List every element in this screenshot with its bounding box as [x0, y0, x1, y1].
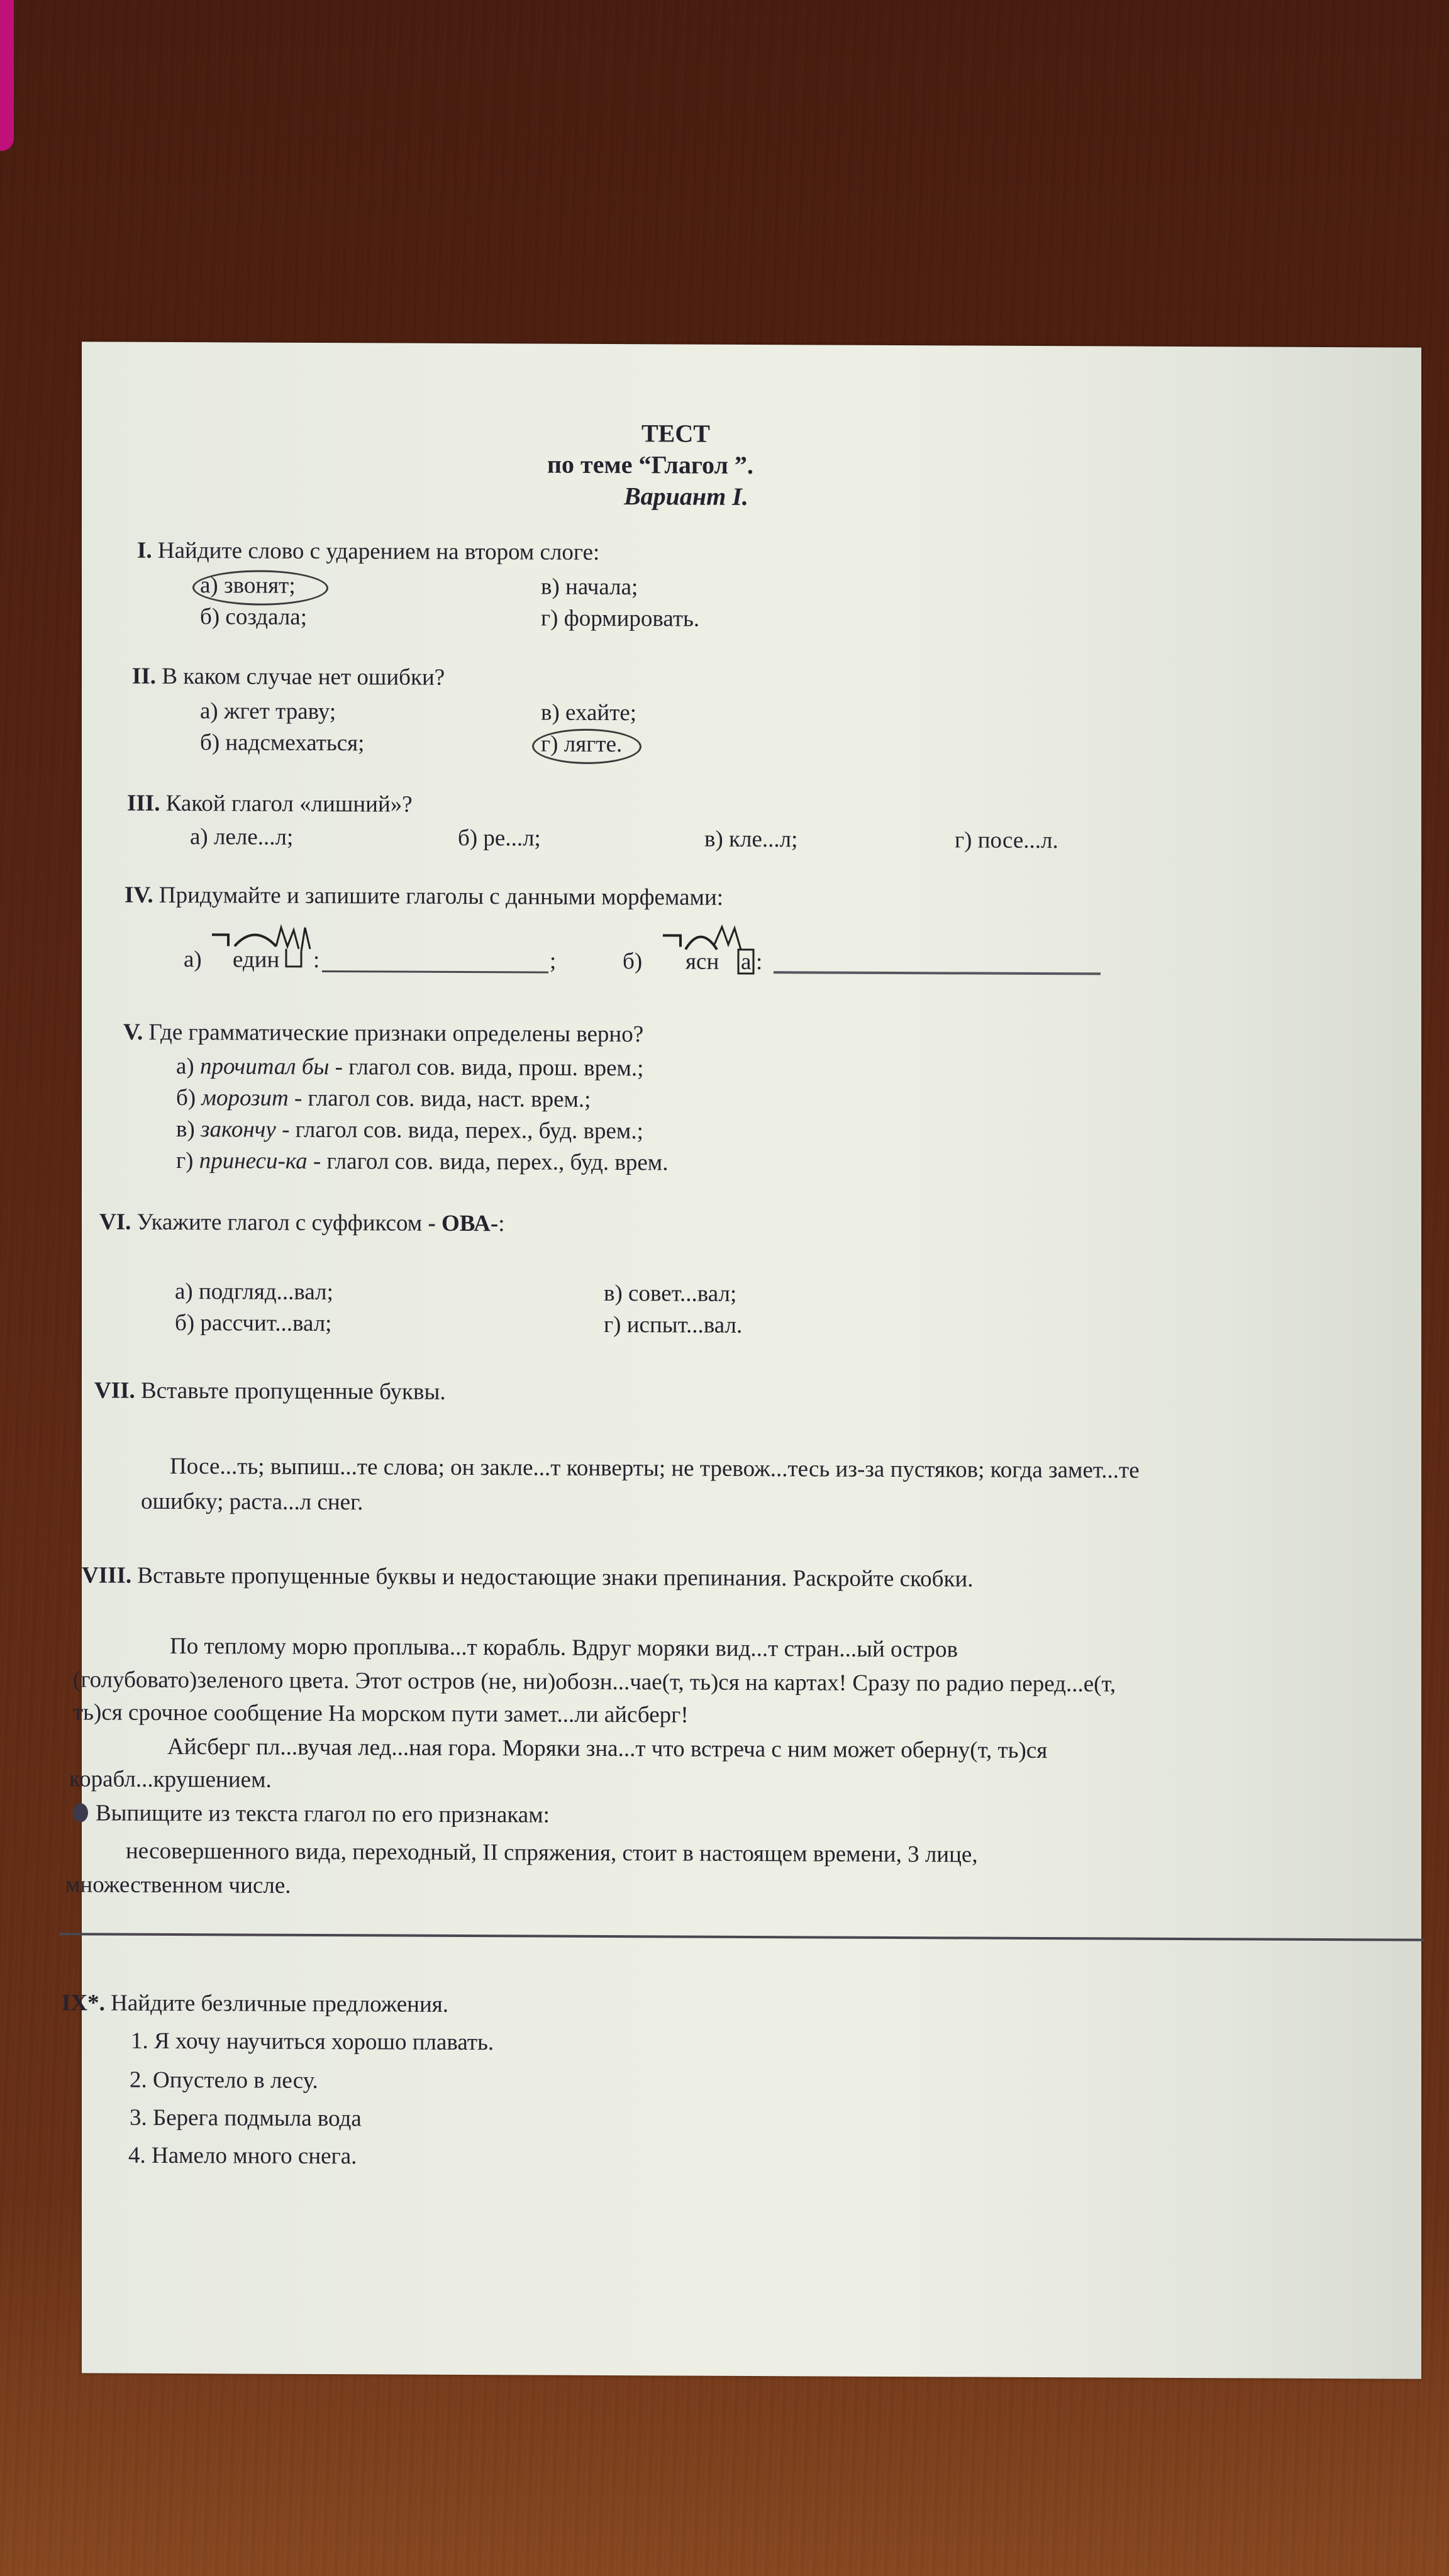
question-9: IX*. Найдите безличные предложения. — [62, 1989, 448, 2018]
q2-option-b[interactable]: б) надсмехаться; — [200, 729, 364, 757]
answer-line-a[interactable] — [322, 970, 548, 974]
question-number: VI. — [99, 1209, 131, 1235]
question-7: VII. Вставьте пропущенные буквы. — [94, 1377, 446, 1405]
question-number: VII. — [94, 1377, 135, 1403]
question-3: III. Какой глагол «лишний»? — [127, 790, 413, 818]
q1-option-v[interactable]: в) начала; — [541, 574, 638, 601]
option-text: - глагол сов. вида, перех., буд. врем.; — [276, 1117, 643, 1145]
question-text: Где грамматические признаки определены в… — [148, 1019, 643, 1047]
q9-item-4[interactable]: 4. Намело много снега. — [128, 2142, 357, 2170]
q7-text-line-2: ошибку; раста...л снег. — [141, 1488, 363, 1516]
q4-colon-b: : — [756, 948, 762, 975]
q8-task-line-2: множественном числе. — [65, 1871, 291, 1899]
q3-option-b[interactable]: б) ре...л; — [458, 824, 541, 852]
option-word: закончу — [201, 1116, 276, 1143]
q8-text-line-4: Айсберг пл...вучая лед...ная гора. Моряк… — [167, 1733, 1047, 1764]
option-label: б) — [176, 1085, 196, 1111]
q4-semicolon: ; — [550, 948, 556, 975]
suffix-ova: - ОВА- — [428, 1211, 498, 1236]
answer-line-q8[interactable] — [59, 1933, 1424, 1941]
q4-ending-b: а — [741, 948, 751, 975]
colon: : — [498, 1211, 504, 1236]
q8-task: Выпищите из текста глагол по его признак… — [96, 1799, 550, 1828]
question-text: Придумайте и запишите глаголы с данными … — [159, 882, 723, 911]
test-title: ТЕСТ — [641, 418, 710, 448]
q5-option-b[interactable]: б) морозит - глагол сов. вида, наст. вре… — [176, 1084, 591, 1113]
answer-line-b[interactable] — [774, 971, 1101, 975]
question-number: VIII. — [82, 1562, 131, 1588]
q6-option-v[interactable]: в) совет...вал; — [604, 1280, 736, 1307]
question-text: В каком случае нет ошибки? — [162, 663, 445, 691]
pink-folder-edge — [0, 0, 14, 151]
q6-option-a[interactable]: а) подгляд...вал; — [175, 1278, 333, 1306]
test-topic: по теме “Глагол ”. — [547, 450, 753, 480]
option-word: принеси-ка — [199, 1148, 308, 1174]
question-text: Укажите глагол с суффиксом — [137, 1209, 428, 1236]
question-number: IX*. — [62, 1990, 105, 2016]
question-2: II. В каком случае нет ошибки? — [132, 663, 445, 691]
q5-option-a[interactable]: а) прочитал бы - глагол сов. вида, прош.… — [176, 1053, 643, 1082]
question-number: II. — [132, 663, 156, 689]
q8-text-line-3: ть)ся срочное сообщение На морском пути … — [73, 1699, 689, 1728]
question-number: I. — [137, 538, 152, 563]
option-text: - глагол сов. вида, прош. врем.; — [329, 1054, 643, 1081]
q4-colon-a: : — [313, 947, 319, 974]
circled-answer-mark — [192, 570, 328, 606]
question-4: IV. Придумайте и запишите глаголы с данн… — [125, 882, 723, 911]
q6-option-g[interactable]: г) испыт...вал. — [604, 1311, 742, 1339]
q8-text-line-1: По теплому морю проплыва...т корабль. Вд… — [170, 1633, 958, 1663]
q3-option-g[interactable]: г) посе...л. — [955, 826, 1058, 854]
q9-item-3[interactable]: 3. Берега подмыла вода — [130, 2104, 362, 2133]
q1-option-b[interactable]: б) создала; — [200, 603, 307, 631]
circled-answer-mark — [532, 728, 641, 764]
q8-task-line-1: несовершенного вида, переходный, II спря… — [126, 1838, 978, 1868]
question-text: Какой глагол «лишний»? — [166, 791, 413, 818]
question-text: Вставьте пропущенные буквы. — [141, 1378, 446, 1405]
q2-option-v[interactable]: в) ехайте; — [541, 699, 636, 727]
question-6: VI. Укажите глагол с суффиксом - ОВА-: — [99, 1208, 504, 1237]
q5-option-g[interactable]: г) принеси-ка - глагол сов. вида, перех.… — [176, 1147, 668, 1176]
test-sheet: ТЕСТ по теме “Глагол ”. Вариант I. I. На… — [82, 341, 1421, 2379]
q3-option-a[interactable]: а) леле...л; — [190, 823, 293, 851]
option-word: прочитал бы — [200, 1053, 329, 1080]
q8-text-line-2: (голубовато)зеленого цвета. Этот остров … — [73, 1666, 1116, 1697]
q9-item-2[interactable]: 2. Опустело в лесу. — [130, 2067, 318, 2094]
q7-text-line-1: Посе...ть; выпиш...те слова; он закле...… — [170, 1453, 1140, 1484]
q6-option-b[interactable]: б) рассчит...вал; — [175, 1309, 331, 1337]
bullet-icon — [73, 1803, 88, 1822]
option-label: а) — [176, 1053, 194, 1079]
question-number: IV. — [125, 882, 153, 908]
question-text: Найдите слово с ударением на втором слог… — [158, 538, 599, 565]
q8-text-line-5: корабл...крушением. — [69, 1765, 272, 1793]
q3-option-v[interactable]: в) кле...л; — [704, 826, 797, 853]
question-number: V. — [123, 1019, 143, 1045]
option-text: - глагол сов. вида, наст. врем.; — [289, 1085, 591, 1113]
q2-option-a[interactable]: а) жгет траву; — [200, 697, 336, 725]
option-word: морозит — [201, 1085, 288, 1111]
q5-option-v[interactable]: в) закончу - глагол сов. вида, перех., б… — [176, 1116, 643, 1145]
question-number: III. — [127, 791, 160, 816]
q1-option-g[interactable]: г) формировать. — [541, 605, 699, 633]
question-5: V. Где грамматические признаки определен… — [123, 1019, 643, 1048]
q9-item-1[interactable]: 1. Я хочу научиться хорошо плавать. — [131, 2028, 494, 2057]
question-8: VIII. Вставьте пропущенные буквы и недос… — [82, 1562, 974, 1592]
option-label: в) — [176, 1116, 195, 1142]
q4-label-b: б) — [623, 948, 642, 975]
question-1: I. Найдите слово с ударением на втором с… — [137, 537, 599, 566]
test-variant: Вариант I. — [624, 481, 748, 511]
question-text: Найдите безличные предложения. — [111, 1990, 448, 2018]
option-text: - глагол сов. вида, перех., буд. врем. — [308, 1148, 669, 1176]
question-text: Вставьте пропущенные буквы и недостающие… — [137, 1563, 973, 1592]
q4-label-a: а) — [184, 946, 202, 973]
option-label: г) — [176, 1148, 194, 1174]
